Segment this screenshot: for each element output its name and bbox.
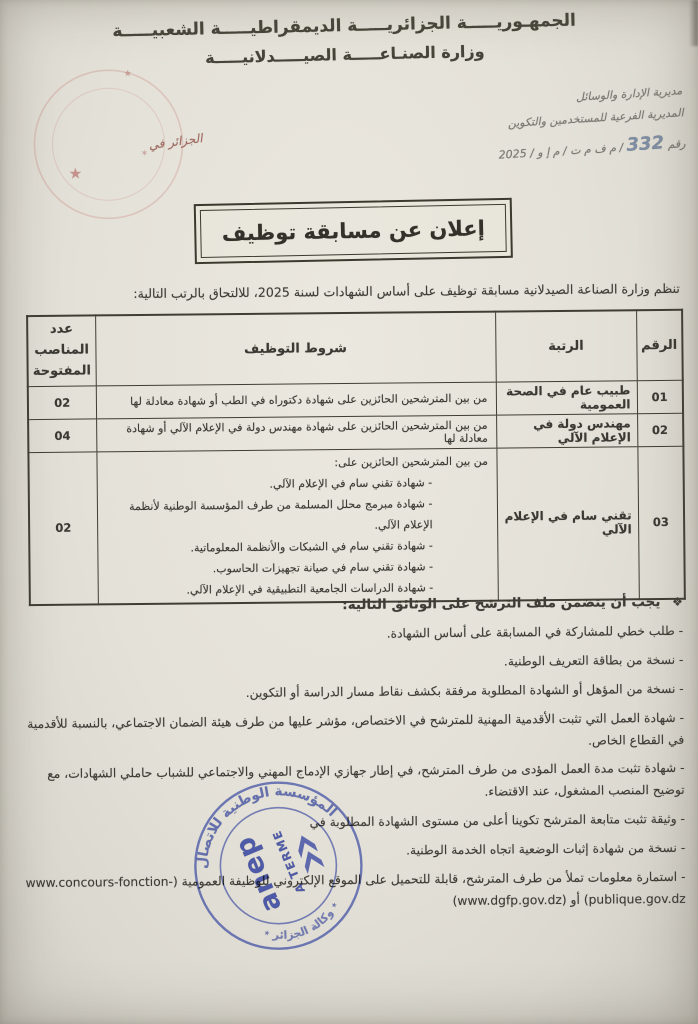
document-item: - شهادة العمل التي تثبت الأقدمية المهنية… [14, 707, 684, 757]
col-header-rank: الرتبة [495, 310, 637, 381]
cell-positions: 04 [28, 418, 96, 452]
documents-heading-text: يجب أن يتضمن ملف الترشح على الوثائق التا… [342, 594, 660, 613]
cell-num: 02 [637, 413, 683, 446]
condition-line: - شهادة مبرمج محلل المسلمة من طرف المؤسس… [105, 492, 488, 538]
col-header-conditions: شروط التوظيف [95, 312, 496, 386]
ref-prefix: رقم [667, 137, 686, 151]
intro-paragraph: تنظم وزارة الصناعة الصيدلانية مسابقة توظ… [10, 281, 680, 302]
col-header-num: الرقم [636, 310, 683, 380]
announcement-title: إعلان عن مسابقة توظيف [200, 204, 507, 258]
ministry-title: وزارة الصنـاعـــــة الصيـــــدلانيـــــة [0, 37, 694, 72]
document-content: ★ ★ ✶ الجزائر في الجمهـوريـــــة الجزائر… [0, 0, 698, 1024]
ref-suffix: / م ف م ت / م إ و / 2025 [498, 141, 623, 162]
col-header-positions: عدد المناصب المفتوحة [27, 315, 96, 386]
condition-line: من بين المترشحين الحائزين على: [105, 450, 488, 475]
cell-positions: 02 [28, 385, 96, 419]
ref-number: 332 [626, 132, 665, 155]
condition-line: - شهادة تقني سام في الشبكات والأنظمة الم… [106, 534, 489, 559]
stamp-chevron-icon [293, 832, 318, 858]
cell-rank: تقني سام في الإعلام الآلي [496, 446, 638, 600]
document-item: - طلب خطي للمشاركة في المسابقة على أساس … [13, 621, 683, 649]
red-star-icon: ★ [69, 165, 83, 183]
announcement-title-box: إعلان عن مسابقة توظيف [194, 198, 513, 264]
cell-num: 01 [637, 380, 683, 413]
table-header-row: الرقم الرتبة شروط التوظيف عدد المناصب ال… [27, 310, 683, 386]
cell-conditions: من بين المترشحين الحائزين على: - شهادة ت… [96, 448, 497, 604]
republic-header: الجمهـوريـــــة الجزائريـــــة الديمقراط… [0, 8, 694, 72]
cell-num: 03 [637, 446, 684, 599]
table-row: 03 تقني سام في الإعلام الآلي من بين المت… [28, 446, 684, 605]
positions-table: الرقم الرتبة شروط التوظيف عدد المناصب ال… [26, 309, 686, 606]
photo-edge-artifact [689, 0, 698, 46]
handwritten-block: مديرية الإدارة والوسائل المديرية الفرعية… [352, 80, 686, 180]
document-item: - شهادة تثبت مدة العمل المؤدى من طرف الم… [14, 758, 684, 808]
cell-rank: طبيب عام في الصحة العمومية [496, 380, 637, 414]
document-item: - نسخة من بطاقة التعريف الوطنية. [13, 650, 683, 678]
document-item: - نسخة من المؤهل أو الشهادة المطلوبة مرف… [14, 679, 684, 707]
condition-line: - شهادة تقني سام في الإعلام الآلي. [105, 471, 488, 496]
cell-conditions: من بين المترشحين الحائزين على شهادة دكتو… [96, 382, 496, 419]
stamp-chevron-icon [300, 848, 325, 874]
red-small-star-icon: ★ [124, 69, 132, 79]
cell-positions: 02 [28, 451, 97, 604]
diamond-bullet-icon: ❖ [672, 595, 683, 609]
red-dot-mark: ✶ [141, 149, 149, 159]
document-photo: ★ ★ ✶ الجزائر في الجمهـوريـــــة الجزائر… [0, 0, 698, 1024]
cell-conditions: من بين المترشحين الحائزين على شهادة مهند… [96, 415, 496, 452]
condition-line: - شهادة تقني سام في صيانة تجهيزات الحاسو… [106, 555, 489, 580]
cell-rank: مهندس دولة في الإعلام الآلي [496, 413, 637, 447]
